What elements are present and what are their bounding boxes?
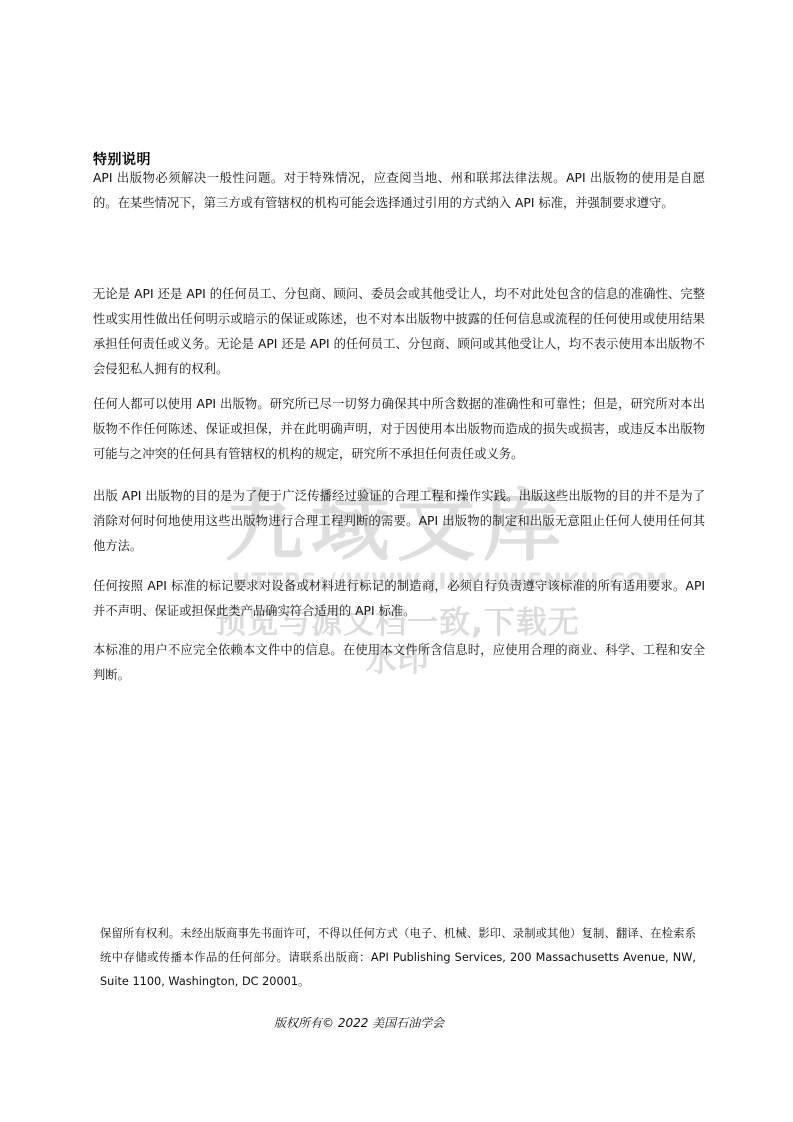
document-page: 九域文库 HTTPS://WWW.JIUYUWENKU.COM 预览与源文档一致…	[0, 0, 793, 1122]
paragraph-purpose: 出版 API 出版物的目的是为了便于广泛传播经过验证的合理工程和操作实践。出版这…	[93, 484, 705, 559]
paragraph-no-warranty: 无论是 API 还是 API 的任何员工、分包商、顾问、委员会或其他受让人，均不…	[93, 282, 705, 382]
rights-reserved-note: 保留所有权利。未经出版商事先书面许可，不得以任何方式（电子、机械、影印、录制或其…	[100, 922, 696, 994]
paragraph-general-problems: API 出版物必须解决一般性问题。对于特殊情况，应查阅当地、州和联邦法律法规。A…	[93, 166, 705, 216]
paragraph-marking-requirements: 任何按照 API 标准的标记要求对设备或材料进行标记的制造商，必须自行负责遵守该…	[93, 574, 705, 624]
paragraph-user-judgment: 本标准的用户不应完全依赖本文件中的信息。在使用本文件所含信息时，应使用合理的商业…	[93, 638, 705, 688]
paragraph-use-by-anyone: 任何人都可以使用 API 出版物。研究所已尽一切努力确保其中所含数据的准确性和可…	[93, 392, 705, 467]
copyright-line: 版权所有© 2022 美国石油学会	[274, 1014, 444, 1031]
